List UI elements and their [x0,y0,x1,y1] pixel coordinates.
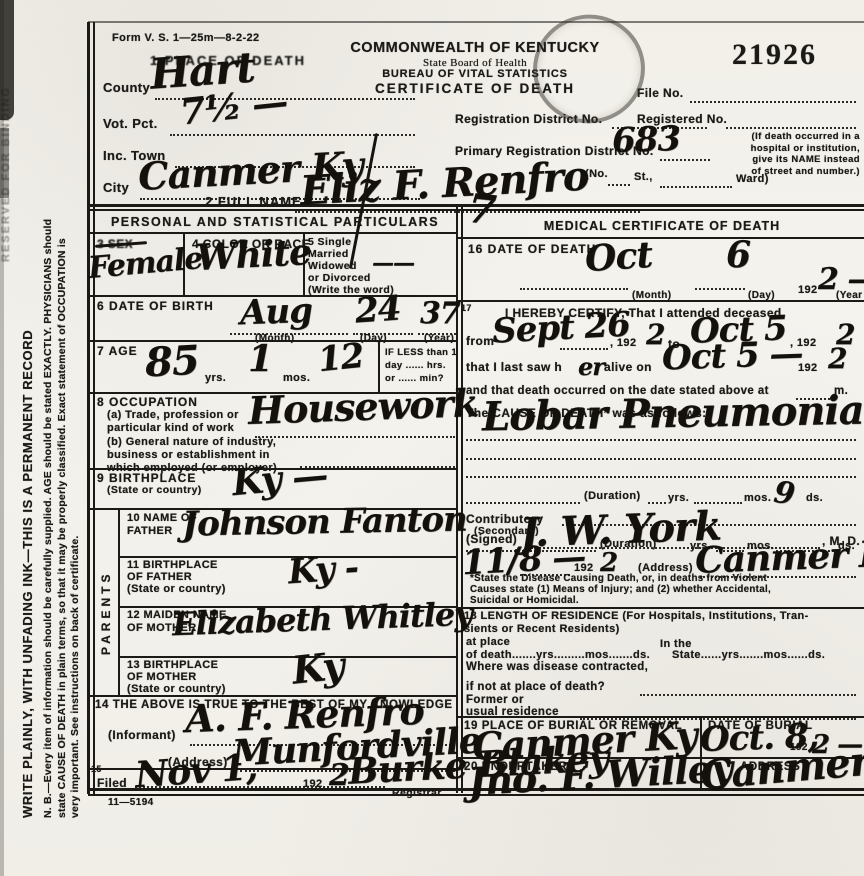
signed-date-handwritten: 11/8 — [461,537,586,583]
dob-day-caption: (Day) [360,333,387,344]
where-contracted-label: Where was disease contracted, [466,661,648,673]
former-label: Former or [466,694,524,706]
filed-label: Filed [97,776,127,790]
age-years-handwritten: 85 [144,337,200,387]
dod-month-caption: (Month) [632,290,671,301]
filed-row-number: 15 [91,764,102,774]
row-rule [118,656,458,658]
dob-year-handwritten: 37 [420,296,460,331]
alive-on-label: alive on [604,360,652,374]
cause-line-2 [466,456,856,460]
form-left-border-inner [93,22,95,794]
st-label: St., [634,171,653,183]
ward-label: Ward) [736,173,769,185]
dod-year-printed: 192 [798,284,818,296]
filed-year-printed: 192 [303,778,323,790]
usual-residence-label: usual residence [466,706,559,718]
registrar-label: Registrar [392,787,442,799]
scan-edge-artifact [0,0,4,876]
paper-top-edge [88,21,864,23]
marital-mark-handwritten: —— [372,250,414,276]
column-divider-inner [461,204,463,793]
duration-label: (Duration) [584,490,641,502]
county-label: County [103,80,150,95]
form-left-border [87,22,90,794]
parents-side-label: PARENTS [99,525,113,655]
occupation-a-line [255,434,455,438]
alive-date-handwritten: Oct 5 — [661,334,803,379]
duration-yrs-label: yrs. [668,492,689,504]
form-number: Form V. S. 1—25m—8-2-22 [112,32,260,44]
birthplace-sub-label: (State or country) [107,484,202,496]
birthplace-handwritten: Ky — [230,454,328,504]
dod-day-handwritten: 6 [726,234,750,276]
dob-year-caption: (Year) [424,333,454,344]
full-name-label: 2 FULL NAME [205,194,302,209]
filed-year-digit-handwritten: 2 [329,758,349,793]
no-line [608,182,630,186]
dob-month-handwritten: Aug [239,291,312,333]
state-line: State......yrs.......mos......ds. [672,649,825,661]
residence-label: 18 LENGTH OF RESIDENCE (For Hospitals, I… [464,610,809,635]
cause-of-death-handwritten: Lobar Pneumonia [482,387,864,441]
duration-yrs-line [648,500,666,504]
stray-mark-handwritten: 7 [466,185,498,235]
informant-label: (Informant) [108,728,176,742]
if-not-label: if not at place of death? [466,681,605,693]
duration-lead-line [466,500,580,504]
city-label: City [103,180,129,195]
file-no-line [690,99,856,103]
occupation-a-line2: particular kind of work [107,422,234,434]
occupation-handwritten: Housework [247,380,478,433]
medical-title-rule [458,237,864,239]
registered-no-line [726,125,856,129]
age-months-caption: mos. [283,372,310,384]
dod-month-line [520,286,628,290]
dod-day-caption: (Day) [748,290,775,301]
dob-label: 6 DATE OF BIRTH [97,299,214,313]
from-label: from [466,334,494,348]
filed-date-handwritten: Nov 1, [134,746,259,796]
age-label: 7 AGE [97,344,138,358]
alive-year-digit-handwritten: 2 [828,342,846,375]
margin-write-plainly-note: WRITE PLAINLY, WITH UNFADING INK—THIS IS… [20,68,35,818]
pronoun-handwritten: er [578,352,604,381]
father-name-handwritten: Johnson Fanton [182,500,467,545]
age-days-handwritten: 12 [316,336,365,381]
age-months-handwritten: 1 [248,338,272,380]
vot-pct-label: Vot. Pct. [103,116,158,131]
signed-address-handwritten: Canmer Ky [694,532,864,581]
dod-day-line [695,286,745,290]
if-less-note: IF LESS than 1 day ...... hrs. or ......… [385,346,457,385]
dob-day-handwritten: 24 [354,288,402,331]
mother-birthplace-handwritten: Ky [290,642,346,692]
form-code: 11—5194 [108,797,154,808]
primary-registration-handwritten: 683 [611,119,680,161]
birthplace-label: 9 BIRTHPLACE [97,471,196,485]
at-place-label: at place [466,636,510,648]
certificate-number: 21926 [732,38,817,72]
mother-name-handwritten: Elizabeth Whitley [171,595,472,643]
scanned-death-certificate: RESERVED FOR BINDING WRITE PLAINLY, WITH… [0,0,864,876]
duration-mos-label: mos. [744,492,771,504]
of-death-line: of death.......yrs.........mos.......ds. [466,649,650,661]
father-birthplace-handwritten: Ky - [287,548,359,593]
st-line [660,184,732,188]
certify-row-number: 17 [461,303,472,313]
date-of-death-label: 16 DATE OF DEATH [468,242,596,256]
cause-line-3 [466,474,856,478]
duration-days-handwritten: 9 [772,475,797,512]
age-years-caption: yrs. [205,372,226,384]
mother-birthplace-label: 13 BIRTHPLACE OF MOTHER (State or countr… [127,659,226,695]
vot-pct-line [170,132,415,136]
column-divider [456,204,458,793]
parents-inner-border [118,508,120,695]
color-race-handwritten: White [195,231,312,279]
signed-year-digit-handwritten: 2 [600,548,617,578]
row-rule [458,607,864,609]
personal-section-title: PERSONAL AND STATISTICAL PARTICULARS [95,215,455,229]
occupation-label: 8 OCCUPATION [97,395,198,409]
if-not-line [640,692,856,696]
dod-year-digit-handwritten: 2 — [818,262,864,297]
duration-ds-label: ds. [806,492,823,504]
file-no-label: File No. [637,86,684,100]
last-saw-label: that I last saw h [466,360,562,374]
occupation-a-line1: (a) Trade, profession or [107,409,239,421]
medical-section-title: MEDICAL CERTIFICATE OF DEATH [462,219,862,233]
from-date-handwritten: Sept 26 [491,304,631,351]
margin-nb-note: N. B.—Every item of information should b… [42,18,83,818]
dod-month-handwritten: Oct [584,234,654,281]
father-birthplace-label: 11 BIRTHPLACE OF FATHER (State or countr… [127,559,226,595]
